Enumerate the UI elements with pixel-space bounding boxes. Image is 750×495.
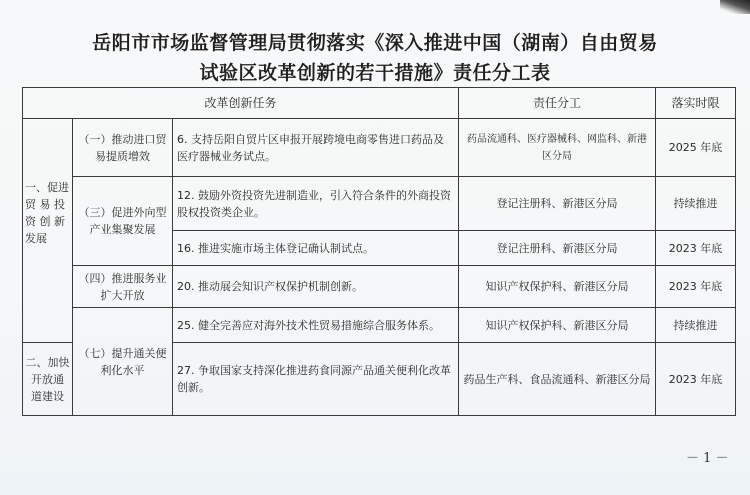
deadline-cell: 2023 年底: [656, 266, 736, 308]
responsibility-table: 改革创新任务 责任分工 落实时限 一、促进 贸 易 投 资 创 新 发展 （一）…: [22, 87, 736, 416]
document-page: 岳阳市市场监督管理局贯彻落实《深入推进中国（湖南）自由贸易 试验区改革创新的若干…: [0, 0, 750, 495]
task-cell: 27. 争取国家支持深化推进药食同源产品通关便利化改革创新。: [173, 343, 459, 416]
deadline-cell: 2023 年底: [656, 343, 736, 416]
task-cell: 12. 鼓励外资投资先进制造业，引入符合条件的外商投资股权投资类企业。: [173, 177, 459, 231]
responsibility-cell: 知识产权保护科、新港区分局: [459, 308, 656, 343]
category-line: 贸 易 投: [25, 196, 70, 213]
header-task: 改革创新任务: [23, 88, 459, 119]
document-title-line-2: 试验区改革创新的若干措施》责任分工表: [0, 58, 750, 85]
deadline-cell: 持续推进: [656, 177, 736, 231]
task-cell: 20. 推动展会知识产权保护机制创新。: [173, 266, 459, 308]
subcategory-cell: （四）推进服务业扩大开放: [73, 266, 173, 308]
page-corner-shadow: [720, 0, 750, 14]
header-deadline: 落实时限: [656, 88, 736, 119]
responsibility-cell: 药品生产科、食品流通科、新港区分局: [459, 343, 656, 416]
task-cell: 25. 健全完善应对海外技术性贸易措施综合服务体系。: [173, 308, 459, 343]
deadline-cell: 2025 年底: [656, 119, 736, 177]
table-header-row: 改革创新任务 责任分工 落实时限: [23, 88, 736, 119]
category-line: 资 创 新: [25, 213, 70, 230]
responsibility-cell: 药品流通科、医疗器械科、网监科、新港区分局: [459, 119, 656, 177]
category-line: 道建设: [25, 388, 70, 405]
deadline-cell: 持续推进: [656, 308, 736, 343]
category-cell: 二、加快 开放通 道建设: [23, 343, 73, 416]
table-row: （三）促进外向型产业集聚发展 12. 鼓励外资投资先进制造业，引入符合条件的外商…: [23, 177, 736, 231]
responsibility-cell: 知识产权保护科、新港区分局: [459, 266, 656, 308]
subcategory-cell: （一）推动进口贸易提质增效: [73, 119, 173, 177]
category-cell-continuation: [23, 308, 73, 343]
page-number: － 1 －: [686, 447, 729, 466]
category-line: 二、加快: [25, 354, 70, 371]
subcategory-cell: （七）提升通关便利化水平: [73, 308, 173, 416]
category-line: 发展: [25, 230, 70, 247]
document-title-line-1: 岳阳市市场监督管理局贯彻落实《深入推进中国（湖南）自由贸易: [0, 28, 750, 55]
task-cell: 16. 推进实施市场主体登记确认制试点。: [173, 231, 459, 266]
table-row: （七）提升通关便利化水平 25. 健全完善应对海外技术性贸易措施综合服务体系。 …: [23, 308, 736, 343]
deadline-cell: 2023 年底: [656, 231, 736, 266]
table-row: 一、促进 贸 易 投 资 创 新 发展 （一）推动进口贸易提质增效 6. 支持岳…: [23, 119, 736, 177]
header-responsibility: 责任分工: [459, 88, 656, 119]
category-line: 开放通: [25, 371, 70, 388]
subcategory-cell: （三）促进外向型产业集聚发展: [73, 177, 173, 266]
category-line: 一、促进: [25, 179, 70, 196]
table-row: （四）推进服务业扩大开放 20. 推动展会知识产权保护机制创新。 知识产权保护科…: [23, 266, 736, 308]
category-cell: 一、促进 贸 易 投 资 创 新 发展: [23, 119, 73, 308]
responsibility-cell: 登记注册科、新港区分局: [459, 231, 656, 266]
responsibility-cell: 登记注册科、新港区分局: [459, 177, 656, 231]
task-cell: 6. 支持岳阳自贸片区申报开展跨境电商零售进口药品及医疗器械业务试点。: [173, 119, 459, 177]
